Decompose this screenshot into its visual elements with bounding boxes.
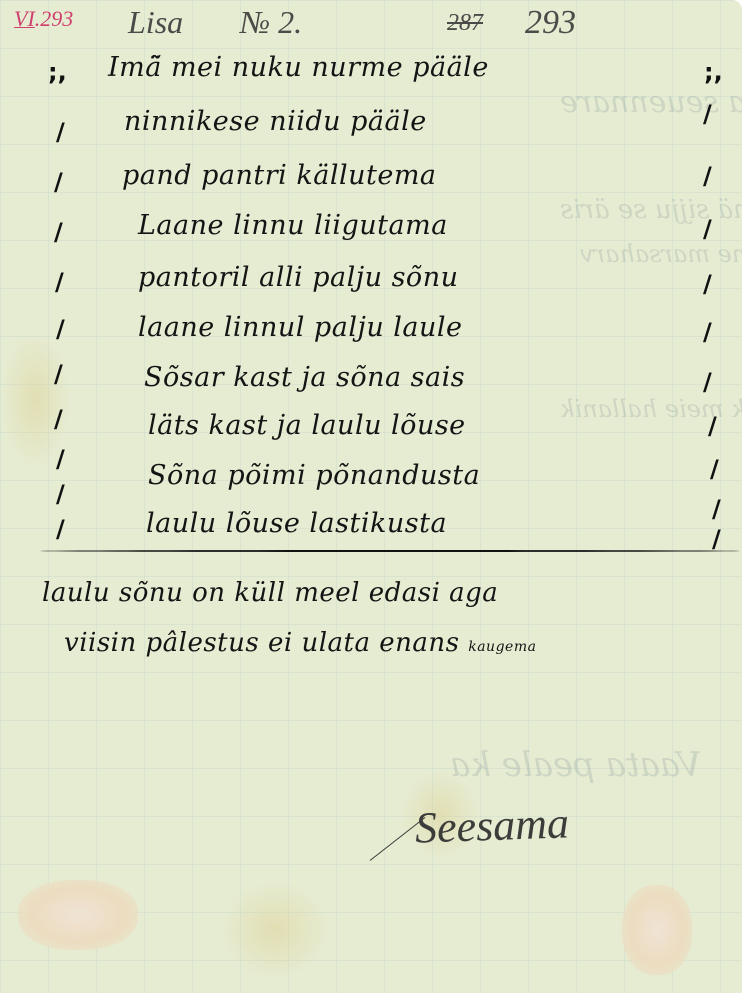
signature: Seesama [414, 797, 570, 853]
line-marker-left: / [55, 268, 64, 296]
old-page-number: 287 [447, 10, 483, 37]
poem-line: pand pantri källutema [122, 160, 437, 191]
line-marker-left: / [56, 480, 65, 508]
line-marker-right: / [703, 318, 712, 346]
line-marker-left: / [56, 118, 65, 146]
line-marker-left: / [56, 515, 65, 543]
note-line: viisin pâlestus ei ulata enans kaugema [64, 628, 536, 658]
poem-line: Imä̃ mei nuku nurme pääle [108, 52, 489, 83]
bleed-through-text: Vaata peale ka [450, 745, 702, 785]
line-marker-right: / [712, 525, 721, 553]
line-marker-left: / [54, 360, 63, 388]
paper-smudge [220, 880, 330, 980]
paper-stain-right [622, 885, 692, 975]
line-marker-right: / [703, 215, 712, 243]
line-marker-left: / [54, 405, 63, 433]
note-line-text: viisin pâlestus ei ulata enans [64, 628, 459, 658]
note-line-suffix: kaugema [468, 639, 536, 655]
poem-line: läts kast ja laulu lõuse [148, 410, 466, 441]
paper-stain-left [18, 880, 138, 950]
bleed-through-text: mä sijju se äris [560, 195, 742, 225]
poem-line: laulu lõuse lastikusta [146, 508, 447, 539]
poem-line: Laane linnu liigutama [138, 210, 448, 241]
bleed-through-text: Nii ütles ma seuennare [560, 85, 742, 120]
repeat-mark-open: ;, [48, 58, 67, 86]
line-marker-right: / [703, 162, 712, 190]
archive-ref-roman: VI [14, 6, 35, 31]
line-marker-right: / [712, 495, 721, 523]
line-marker-left: / [54, 218, 63, 246]
poem-line: pantoril alli palju sõnu [138, 262, 458, 293]
document-title: Lisa [128, 4, 183, 41]
bleed-through-text: pisutäsne marsaharv [580, 240, 742, 268]
manuscript-page: Nii ütles ma seuennare mä sijju se äris … [0, 0, 742, 993]
line-marker-left: / [56, 315, 65, 343]
line-marker-right: / [710, 455, 719, 483]
poem-line: Sõna põimi põnandusta [148, 460, 480, 491]
archive-reference: VI.293 [14, 6, 73, 32]
line-marker-right: / [708, 412, 717, 440]
line-marker-right: / [703, 100, 712, 128]
archive-ref-number: 293 [40, 6, 73, 31]
document-number-label: № 2. [240, 4, 302, 41]
line-marker-right: / [703, 270, 712, 298]
poem-line: laane linnul palju laule [138, 312, 463, 343]
line-marker-left: / [54, 168, 63, 196]
note-line: laulu sõnu on küll meel edasi aga [42, 578, 498, 608]
section-divider-line [40, 550, 740, 552]
page-number: 293 [525, 4, 576, 42]
repeat-mark-close: ;, [704, 58, 723, 86]
poem-line: ninnikese niidu pääle [124, 106, 427, 137]
poem-line: Sõsar kast ja sõna sais [144, 362, 465, 393]
line-marker-right: / [703, 368, 712, 396]
line-marker-left: / [56, 445, 65, 473]
